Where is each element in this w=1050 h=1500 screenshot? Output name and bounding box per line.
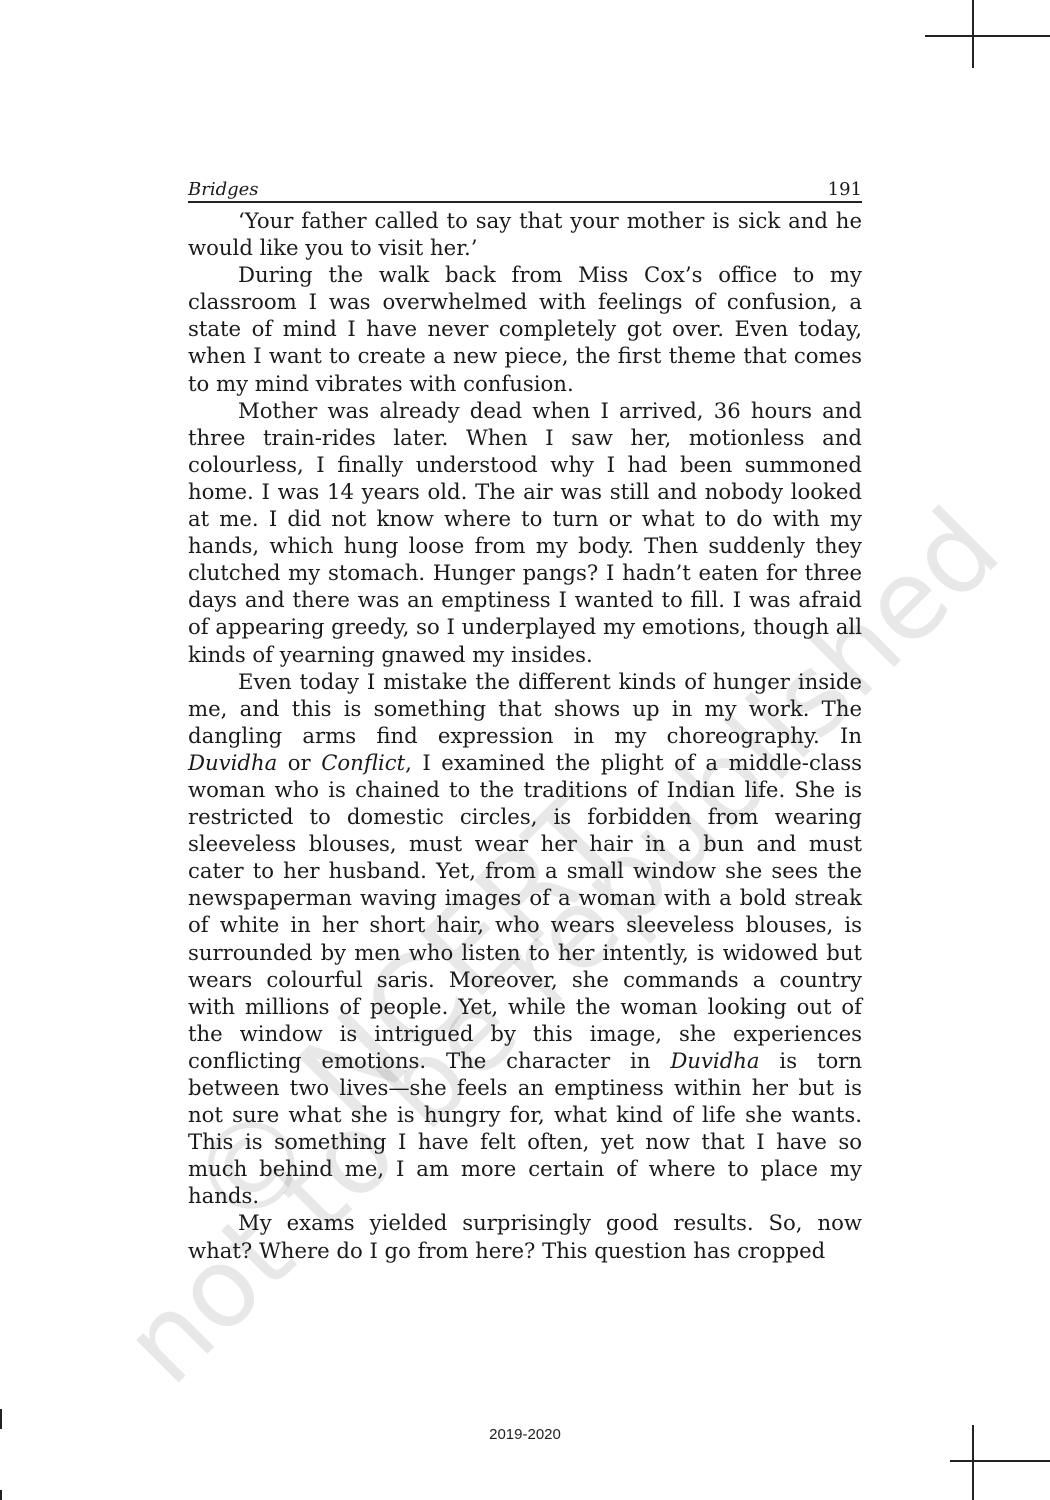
- italic-title-text: Duvidha: [188, 750, 277, 775]
- paragraph-text: During the walk back from Miss Cox’s off…: [188, 262, 862, 395]
- paragraph: Even today I mistake the different kinds…: [188, 668, 862, 1210]
- crop-mark-bottom-left-lower: [0, 1490, 2, 1500]
- footer-year: 2019-2020: [0, 1426, 1050, 1443]
- paragraph: Mother was already dead when I arrived, …: [188, 397, 862, 668]
- paragraph-text: My exams yielded surprisingly good resul…: [188, 1210, 862, 1262]
- running-head: Bridges 191: [188, 174, 862, 200]
- paragraph: My exams yielded surprisingly good resul…: [188, 1209, 862, 1263]
- paragraph: ‘Your father called to say that your mot…: [188, 207, 862, 261]
- header-rule: [188, 201, 862, 203]
- crop-mark-bottom-right-horizontal: [950, 1460, 1050, 1462]
- paragraph-text: ‘Your father called to say that your mot…: [188, 208, 862, 260]
- paragraph: During the walk back from Miss Cox’s off…: [188, 261, 862, 396]
- paragraph-text: Mother was already dead when I arrived, …: [188, 398, 862, 667]
- crop-mark-top-right-vertical: [972, 0, 974, 68]
- page-number: 191: [828, 179, 862, 200]
- running-head-title: Bridges: [188, 179, 259, 200]
- paragraph-text: Even today I mistake the different kinds…: [188, 669, 862, 748]
- paragraph-text: or: [277, 750, 321, 775]
- italic-title-text: Conflict: [321, 750, 405, 775]
- body-text: ‘Your father called to say that your mot…: [188, 207, 862, 1264]
- crop-mark-top-right-horizontal: [925, 35, 1050, 37]
- italic-title-text: Duvidha: [670, 1048, 759, 1073]
- paragraph-text: , I examined the plight of a middle-clas…: [188, 750, 862, 1073]
